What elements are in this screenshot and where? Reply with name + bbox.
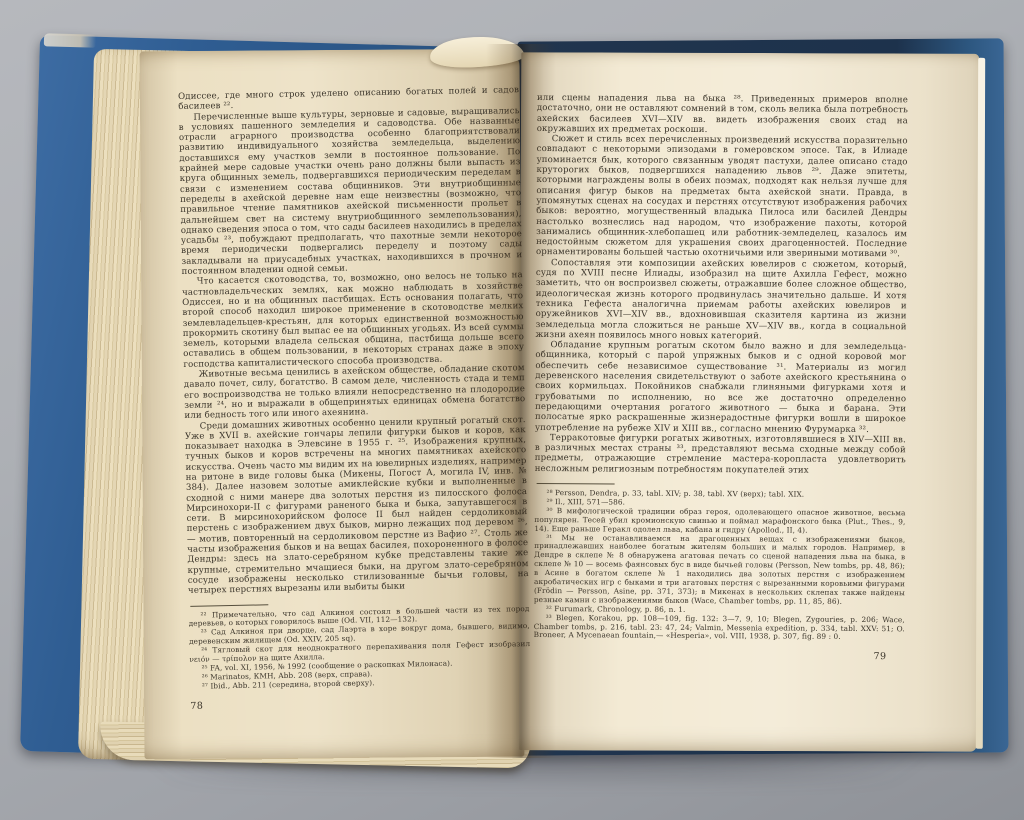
footnote: ³⁰ В мифологической традиции образ героя… [534,507,905,536]
paragraph: Терракотовые фигурки рогатых животных, и… [535,433,906,476]
right-text-column: или сцены нападения льва на быка ²⁸. При… [534,93,908,663]
footnote: ³¹ Мы не останавливаемся на драгоценных … [534,534,905,608]
footnote-rule [537,483,615,484]
footnote-rule [190,604,268,607]
paragraph: Что касается скотоводства, то, возможно,… [182,270,525,369]
footnote: ³³ Blegen, Korakou, pp. 108—109, fig. 13… [534,614,905,643]
left-text-column: Одиссее, где много строк уделено описани… [178,85,531,711]
paragraph: Обладание крупным рогатым скотом было ва… [535,340,907,435]
paragraph: или сцены нападения льва на быка ²⁸. При… [537,93,908,136]
paragraph: Сюжет и стиль всех перечисленных произве… [536,134,908,260]
paragraph: Среди домашних животных особенно ценили … [185,415,529,597]
paragraph: Животные весьма ценились в ахейском обще… [184,363,526,421]
photograph-background: Одиссее, где много строк уделено описани… [0,0,1024,820]
paragraph: Перечисленные выше культуры, зерновые и … [178,106,522,278]
paragraph: Сопоставляя эти композиции ахейских ювел… [535,258,906,343]
page-number: 79 [534,649,905,662]
